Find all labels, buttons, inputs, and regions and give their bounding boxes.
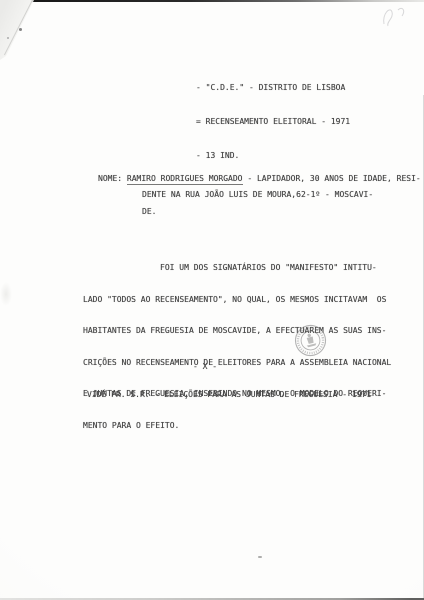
header-line-ref: - 13 IND. (196, 148, 350, 164)
header-line-org: - "C.D.E." - DISTRITO DE LISBOA (196, 80, 350, 96)
body-line: FOI UM DOS SIGNATÁRIOS DO "MANIFESTO" IN… (83, 261, 403, 275)
pencil-smudge-mark (376, 2, 410, 32)
name-label: NOME: (98, 174, 127, 183)
scanned-document-page: - "C.D.E." - DISTRITO DE LISBOA = RECENS… (0, 0, 424, 600)
staple-hole-mark (19, 28, 22, 31)
subject-address-line: DENTE NA RUA JOÃO LUIS DE MOURA,62-1º - … (142, 189, 373, 201)
subject-name: RAMIRO RODRIGUES MORGADO (127, 174, 243, 185)
body-paragraph: FOI UM DOS SIGNATÁRIOS DO "MANIFESTO" IN… (83, 243, 403, 451)
header-line-subject: = RECENSEAMENTO ELEITORAL - 1971 (196, 114, 350, 130)
subject-name-line: NOME: RAMIRO RODRIGUES MORGADO - LAPIDAD… (98, 173, 421, 185)
cross-reference-note: VIDÉ PR. S.R. - ELEIÇÕES PARA AS JUNTAS … (87, 389, 371, 401)
scan-top-edge (0, 0, 424, 2)
body-line: MENTO PARA O EFEITO. (83, 419, 403, 433)
subject-address-cont: DE. (142, 206, 156, 218)
subject-occupation: - LAPIDADOR, 30 ANOS DE IDADE, RESI- (243, 174, 421, 183)
document-header: - "C.D.E." - DISTRITO DE LISBOA = RECENS… (196, 62, 350, 183)
staple-hole-mark (7, 37, 9, 39)
body-line: HABITANTES DA FREGUESIA DE MOSCAVIDE, A … (83, 324, 403, 338)
ink-speck (258, 556, 262, 558)
scan-smudge (0, 282, 12, 306)
page-corner-crease-shade (0, 0, 60, 62)
body-line: CRIÇÕES NO RECENSEAMENTO DE ELEITORES PA… (83, 356, 403, 370)
body-line: LADO "TODOS AO RECENSEAMENTO", NO QUAL, … (83, 293, 403, 307)
section-separator: - X - (193, 361, 217, 373)
